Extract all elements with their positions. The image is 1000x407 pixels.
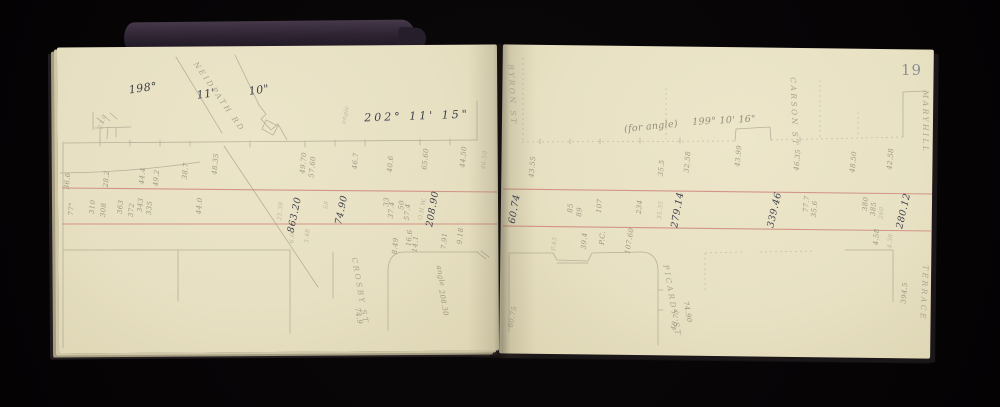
offset-measure: 77° — [68, 202, 76, 216]
chainage-total: 279.14 — [670, 191, 686, 228]
offset-measure: 40.6 — [387, 155, 395, 172]
offset-measure: 60.75 — [507, 306, 518, 329]
offset-measure: 85 — [567, 203, 575, 213]
offset-measure: 58 — [324, 201, 331, 210]
offset-measure: 44.0 — [196, 197, 204, 214]
offset-measure: 308 — [100, 203, 108, 218]
offset-measure: 7.91 — [441, 232, 449, 249]
offset-measure: 43.99 — [735, 145, 744, 167]
chainage-total: 208.90 — [425, 190, 441, 227]
offset-measure: 4.58 — [873, 228, 881, 245]
offset-measure: 46.50 — [481, 150, 489, 169]
angle-note-pencil: (for angle) — [624, 119, 679, 134]
offset-measure: 234 — [636, 200, 644, 215]
notebook-photo: 198°11'10"202° 11' 15"(for angle)199° 10… — [0, 0, 1000, 407]
offset-measure: 39.4 — [581, 232, 589, 249]
offset-measure: 37.4 — [388, 201, 396, 218]
offset-measure: 36.6 — [64, 172, 72, 189]
bearing-seconds-ink: 10" — [248, 83, 270, 97]
offset-measure: 372 — [128, 203, 136, 218]
offset-measure: 260 — [878, 207, 885, 220]
offset-measure: 57.4 — [404, 203, 412, 220]
offset-measure: 35.35 — [657, 200, 665, 219]
offset-measure: 335 — [146, 201, 154, 216]
offset-measure: 48.50 — [850, 151, 859, 173]
street-label-byron-st: BYRON ST — [507, 64, 518, 126]
offset-measure: 89 — [576, 207, 584, 217]
offset-measure: 3.48 — [304, 228, 311, 243]
bearing-full-ink: 202° 11' 15" — [364, 109, 470, 124]
offset-measure: 23.0 — [98, 114, 109, 130]
offset-measure: 46.35 — [794, 149, 803, 171]
offset-measure: 38.7 — [182, 162, 190, 179]
offset-measure: 44.4 — [139, 167, 147, 184]
bearing-degrees-ink: 198° — [128, 81, 158, 96]
chainage-total: 339.46 — [766, 191, 783, 228]
bearing-full-pencil: 199° 10' 16" — [692, 115, 756, 128]
chainage-total: 74.90 — [334, 194, 349, 225]
offset-measure: 49.2 — [153, 169, 161, 186]
page-number: 19 — [901, 61, 922, 79]
street-label-terrace: TERRACE — [919, 265, 929, 321]
offset-measure: F.43 — [551, 237, 558, 251]
offset-measure: 44.50 — [460, 146, 469, 168]
offset-measure: 35.5 — [658, 159, 666, 176]
offset-measure: 107 — [596, 199, 604, 214]
offset-measure: 57.60 — [309, 156, 318, 178]
offset-measure: 343 — [137, 198, 145, 213]
offset-measure: 35.6 — [811, 200, 819, 217]
offset-measure: 6.00 — [289, 228, 296, 243]
offset-measure: 394.5 — [901, 282, 910, 304]
offset-measure: 4.38 — [887, 233, 894, 248]
offset-measure: 310 — [89, 200, 97, 215]
offset-measure: 8.49 — [392, 237, 400, 254]
street-label-carson-st: CARSON ST — [789, 77, 799, 147]
offset-measure: 46.7 — [352, 152, 360, 169]
offset-measure: 208.30 — [437, 289, 448, 316]
handwritten-annotations-layer: 198°11'10"202° 11' 15"(for angle)199° 10… — [0, 0, 1000, 407]
offset-measure: 32.58 — [684, 151, 693, 173]
offset-measure: 14.1 — [412, 235, 420, 252]
offset-measure: 48.35 — [212, 153, 221, 175]
offset-measure: 42.58 — [887, 148, 896, 170]
offset-measure: 65.60 — [422, 148, 431, 170]
chainage-total: 60.74 — [508, 194, 523, 225]
curve-point-note: P.C. — [599, 231, 607, 246]
angle-word-pencil: angle — [341, 105, 351, 124]
offset-measure: 74.9 — [353, 307, 363, 325]
chainage-total: 280.12 — [895, 192, 912, 229]
offset-measure: 25.38 — [277, 201, 285, 220]
offset-measure: 74.90 — [682, 301, 693, 323]
offset-measure: 43.55 — [529, 156, 538, 178]
offset-measure: 363 — [117, 200, 125, 215]
street-label-maryhill: MARYHILL — [921, 91, 929, 154]
offset-measure: 107.60 — [624, 227, 635, 254]
offset-measure: 9.18 — [457, 227, 465, 244]
angle-word-pencil: angle — [435, 265, 446, 287]
offset-measure: 28.2 — [103, 170, 111, 187]
